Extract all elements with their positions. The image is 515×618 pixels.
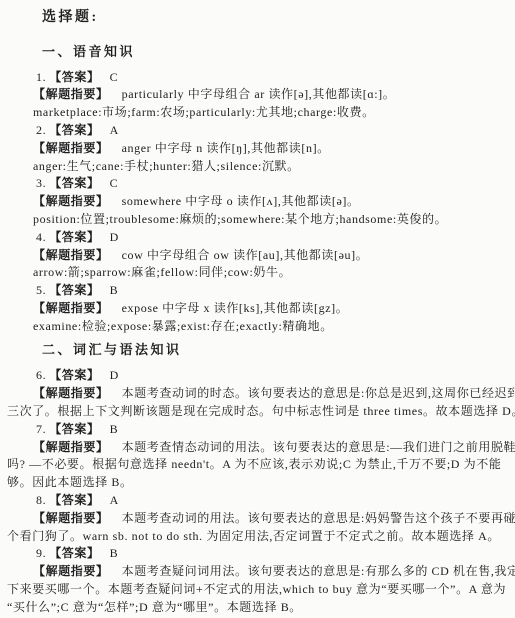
answer-value: A	[110, 493, 119, 507]
explanation-line: 【解题指要】cow 中字母组合 ow 读作[au],其他都读[əu]。	[7, 247, 508, 265]
answer-label: 【答案】	[49, 422, 99, 436]
answer-line: 5.【答案】B	[7, 282, 508, 300]
answer-line: 3.【答案】C	[7, 175, 508, 193]
explanation-line: “买什么”;C 意为“怎样”;D 意为“哪里”。本题选择 B。	[7, 599, 508, 617]
explanation-text: 本题考查动词的用法。该句要表达的意思是:妈妈警告这个孩子不要再碰这	[122, 511, 515, 525]
explanation-text: somewhere 中字母 o 读作[ʌ],其他都读[ə]。	[122, 194, 360, 208]
explanation-label: 【解题指要】	[33, 87, 109, 101]
explanation-text: 本题考查疑问词用法。该句要表达的意思是:有那么多的 CD 机在售,我定不	[122, 564, 515, 578]
explanation-line: 【解题指要】本题考查情态动词的用法。该句要表达的意思是:—我们进门之前用脱鞋	[7, 439, 508, 457]
explanation-line: 【解题指要】particularly 中字母组合 ar 读作[ə],其他都读[ɑ…	[7, 86, 508, 104]
explanation-line: 【解题指要】本题考查动词的时态。该句要表达的意思是:你总是迟到,这周你已经迟到	[7, 385, 508, 403]
section-heading-phonetics: 一、语音知识	[7, 43, 508, 61]
explanation-text: expose 中字母 x 读作[ks],其他都读[gz]。	[122, 301, 349, 315]
answer-line: 7.【答案】B	[7, 421, 508, 439]
answer-label: 【答案】	[49, 368, 99, 382]
item-number: 9.	[36, 546, 46, 560]
explanation-text: 本题考查动词的时态。该句要表达的意思是:你总是迟到,这周你已经迟到	[122, 386, 515, 400]
explanation-line: 够。因此本题选择 B。	[7, 474, 508, 492]
answer-label: 【答案】	[49, 176, 99, 190]
item-number: 4.	[36, 230, 46, 244]
explanation-label: 【解题指要】	[33, 141, 109, 155]
explanation-line: 吗? —不必要。根据句意选择 needn't。A 为不应该,表示劝说;C 为禁止…	[7, 456, 508, 474]
explanation-label: 【解题指要】	[33, 564, 109, 578]
answer-label: 【答案】	[49, 70, 99, 84]
answer-line: 1.【答案】C	[7, 69, 508, 87]
section-heading-vocab-grammar: 二、词汇与语法知识	[7, 341, 508, 359]
answer-value: A	[110, 123, 119, 137]
answer-value: B	[110, 283, 119, 297]
explanation-line: 【解题指要】本题考查疑问词用法。该句要表达的意思是:有那么多的 CD 机在售,我…	[7, 563, 508, 581]
item-number: 8.	[36, 493, 46, 507]
item-number: 5.	[36, 283, 46, 297]
word-list: position:位置;troublesome:麻烦的;somewhere:某个…	[7, 211, 508, 229]
answer-value: B	[110, 546, 119, 560]
answer-line: 4.【答案】D	[7, 229, 508, 247]
answer-label: 【答案】	[49, 546, 99, 560]
answer-label: 【答案】	[49, 283, 99, 297]
explanation-line: 个看门狗了。warn sb. not to do sth. 为固定用法,否定词置…	[7, 528, 508, 546]
explanation-line: 【解题指要】本题考查动词的用法。该句要表达的意思是:妈妈警告这个孩子不要再碰这	[7, 510, 508, 528]
word-list: marketplace:市场;farm:农场;particularly:尤其地;…	[7, 104, 508, 122]
word-list: anger:生气;cane:手杖;hunter:猎人;silence:沉默。	[7, 158, 508, 176]
answer-line: 6.【答案】D	[7, 367, 508, 385]
item-number: 6.	[36, 368, 46, 382]
answer-line: 2.【答案】A	[7, 122, 508, 140]
item-number: 2.	[36, 123, 46, 137]
explanation-line: 三次了。根据上下文判断该题是现在完成时态。句中标志性词是 three times…	[7, 403, 508, 421]
explanation-text: particularly 中字母组合 ar 读作[ə],其他都读[ɑ:]。	[122, 87, 396, 101]
explanation-label: 【解题指要】	[33, 440, 109, 454]
explanation-line: 下来要买哪一个。本题考查疑问词+不定式的用法,which to buy 意为“要…	[7, 581, 508, 599]
answer-label: 【答案】	[49, 123, 99, 137]
item-number: 7.	[36, 422, 46, 436]
answer-value: C	[110, 70, 119, 84]
explanation-text: anger 中字母 n 读作[ŋ],其他都读[n]。	[122, 141, 330, 155]
word-list: examine:检验;expose:暴露;exist:存在;exactly:精确…	[7, 318, 508, 336]
answer-label: 【答案】	[49, 230, 99, 244]
answer-value: C	[110, 176, 119, 190]
text-block: 选择题: 一、语音知识 1.【答案】C 【解题指要】particularly 中…	[7, 0, 508, 617]
explanation-label: 【解题指要】	[33, 248, 109, 262]
word-list: arrow:箭;sparrow:麻雀;fellow:同伴;cow:奶牛。	[7, 264, 508, 282]
answer-value: D	[110, 230, 119, 244]
explanation-label: 【解题指要】	[33, 301, 109, 315]
item-number: 1.	[36, 70, 46, 84]
explanation-text: cow 中字母组合 ow 读作[au],其他都读[əu]。	[122, 248, 369, 262]
explanation-line: 【解题指要】somewhere 中字母 o 读作[ʌ],其他都读[ə]。	[7, 193, 508, 211]
answer-line: 9.【答案】B	[7, 545, 508, 563]
explanation-line: 【解题指要】anger 中字母 n 读作[ŋ],其他都读[n]。	[7, 140, 508, 158]
answer-value: B	[110, 422, 119, 436]
explanation-label: 【解题指要】	[33, 386, 109, 400]
item-number: 3.	[36, 176, 46, 190]
answer-line: 8.【答案】A	[7, 492, 508, 510]
page-title: 选择题:	[7, 9, 508, 27]
answer-label: 【答案】	[49, 493, 99, 507]
answer-value: D	[110, 368, 119, 382]
explanation-label: 【解题指要】	[33, 511, 109, 525]
explanation-line: 【解题指要】expose 中字母 x 读作[ks],其他都读[gz]。	[7, 300, 508, 318]
explanation-label: 【解题指要】	[33, 194, 109, 208]
scanned-answer-page: 选择题: 一、语音知识 1.【答案】C 【解题指要】particularly 中…	[0, 0, 515, 618]
explanation-text: 本题考查情态动词的用法。该句要表达的意思是:—我们进门之前用脱鞋	[122, 440, 515, 454]
